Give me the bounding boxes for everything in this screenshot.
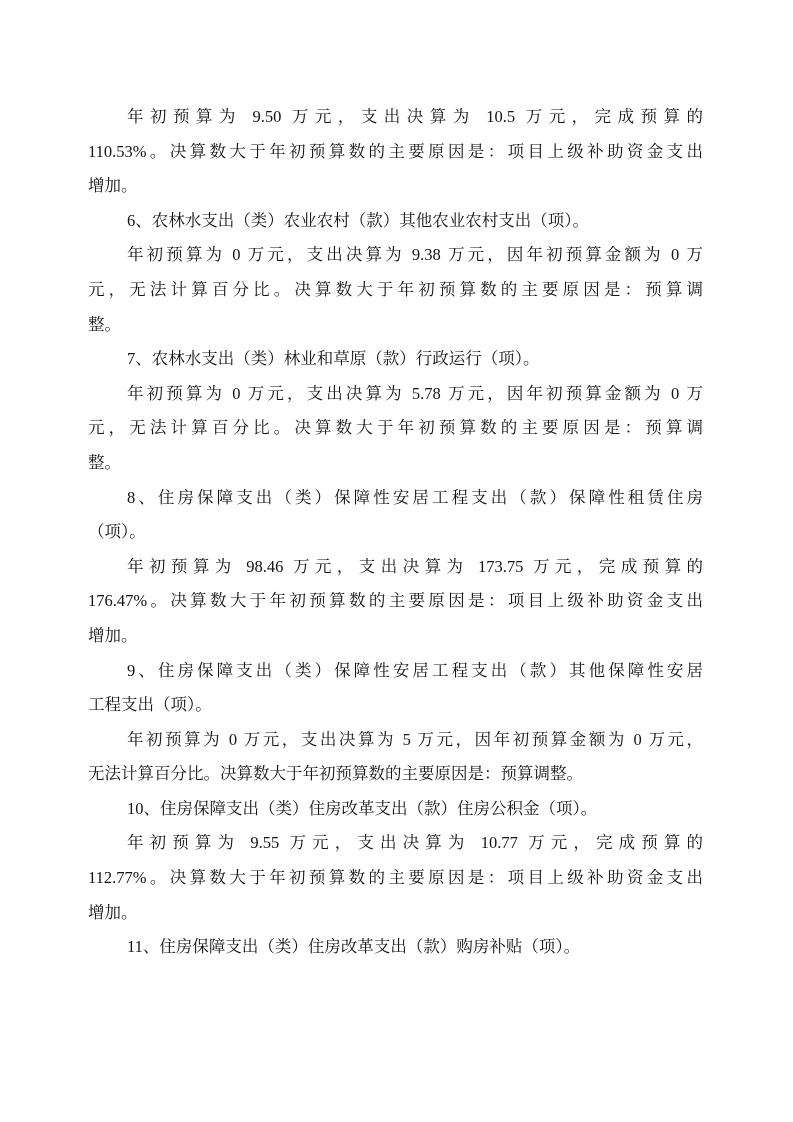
paragraph-item-8-detail: 年初预算为 98.46 万元，支出决算为 173.75 万元，完成预算的 176… — [88, 550, 703, 654]
text-line: 10、住房保障支出（类）住房改革支出（款）住房公积金（项）。 — [88, 792, 703, 827]
text-line: 年初预算为 9.50 万元，支出决算为 10.5 万元，完成预算的 — [88, 100, 703, 135]
paragraph-item-10-heading: 10、住房保障支出（类）住房改革支出（款）住房公积金（项）。 — [88, 792, 703, 827]
paragraph-item-8-heading: 8、住房保障支出（类）保障性安居工程支出（款）保障性租赁住房 （项）。 — [88, 481, 703, 550]
text-line: 176.47%。决算数大于年初预算数的主要原因是：项目上级补助资金支出 — [88, 584, 703, 619]
text-line: 整。 — [88, 308, 703, 343]
text-line: 整。 — [88, 446, 703, 481]
text-line: 112.77%。决算数大于年初预算数的主要原因是：项目上级补助资金支出 — [88, 861, 703, 896]
paragraph-item-9-detail: 年初预算为 0 万元，支出决算为 5 万元，因年初预算金额为 0 万元， 无法计… — [88, 723, 703, 792]
paragraph-item-11-heading: 11、住房保障支出（类）住房改革支出（款）购房补贴（项）。 — [88, 930, 703, 965]
text-line: 6、农林水支出（类）农业农村（款）其他农业农村支出（项）。 — [88, 204, 703, 239]
paragraph-item-5-detail-continuation: 年初预算为 9.50 万元，支出决算为 10.5 万元，完成预算的 110.53… — [88, 100, 703, 204]
text-line: 9、住房保障支出（类）保障性安居工程支出（款）其他保障性安居 — [88, 654, 703, 689]
text-line: 元，无法计算百分比。决算数大于年初预算数的主要原因是：预算调 — [88, 273, 703, 308]
paragraph-item-6-detail: 年初预算为 0 万元，支出决算为 9.38 万元，因年初预算金额为 0 万 元，… — [88, 238, 703, 342]
text-line: 元，无法计算百分比。决算数大于年初预算数的主要原因是：预算调 — [88, 411, 703, 446]
text-line: 110.53%。决算数大于年初预算数的主要原因是：项目上级补助资金支出 — [88, 135, 703, 170]
text-line: 7、农林水支出（类）林业和草原（款）行政运行（项）。 — [88, 342, 703, 377]
text-line: 8、住房保障支出（类）保障性安居工程支出（款）保障性租赁住房 — [88, 481, 703, 516]
text-line: （项）。 — [88, 515, 703, 550]
text-line: 增加。 — [88, 169, 703, 204]
paragraph-item-7-heading: 7、农林水支出（类）林业和草原（款）行政运行（项）。 — [88, 342, 703, 377]
paragraph-item-9-heading: 9、住房保障支出（类）保障性安居工程支出（款）其他保障性安居 工程支出（项）。 — [88, 654, 703, 723]
text-line: 增加。 — [88, 619, 703, 654]
text-line: 无法计算百分比。决算数大于年初预算数的主要原因是：预算调整。 — [88, 757, 703, 792]
text-line: 年初预算为 0 万元，支出决算为 5.78 万元，因年初预算金额为 0 万 — [88, 377, 703, 412]
paragraph-item-10-detail: 年初预算为 9.55 万元，支出决算为 10.77 万元，完成预算的 112.7… — [88, 826, 703, 930]
text-line: 增加。 — [88, 896, 703, 931]
text-line: 工程支出（项）。 — [88, 688, 703, 723]
text-line: 年初预算为 9.55 万元，支出决算为 10.77 万元，完成预算的 — [88, 826, 703, 861]
text-line: 年初预算为 0 万元，支出决算为 5 万元，因年初预算金额为 0 万元， — [88, 723, 703, 758]
document-page: 年初预算为 9.50 万元，支出决算为 10.5 万元，完成预算的 110.53… — [0, 0, 793, 1122]
text-line: 年初预算为 98.46 万元，支出决算为 173.75 万元，完成预算的 — [88, 550, 703, 585]
paragraph-item-6-heading: 6、农林水支出（类）农业农村（款）其他农业农村支出（项）。 — [88, 204, 703, 239]
paragraph-item-7-detail: 年初预算为 0 万元，支出决算为 5.78 万元，因年初预算金额为 0 万 元，… — [88, 377, 703, 481]
text-line: 11、住房保障支出（类）住房改革支出（款）购房补贴（项）。 — [88, 930, 703, 965]
text-line: 年初预算为 0 万元，支出决算为 9.38 万元，因年初预算金额为 0 万 — [88, 238, 703, 273]
